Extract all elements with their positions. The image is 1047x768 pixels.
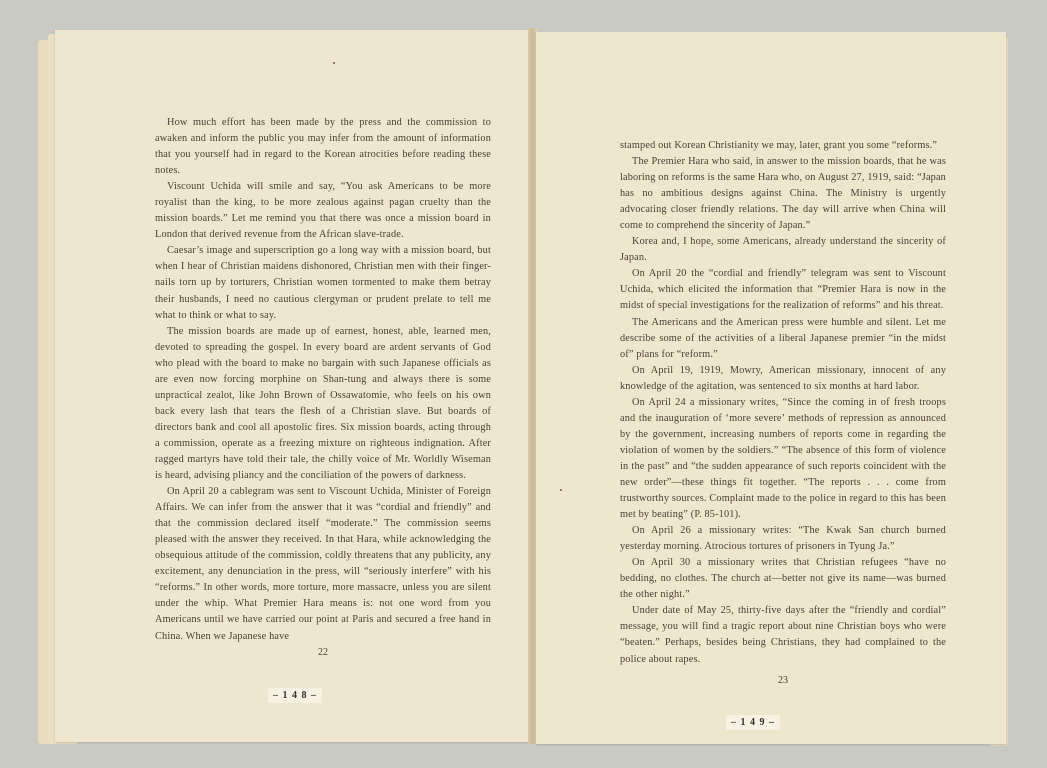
- left-page: How much effort has been made by the pre…: [55, 30, 532, 742]
- paragraph: How much effort has been made by the pre…: [155, 115, 491, 179]
- archive-page-stamp: – 1 4 8 –: [268, 688, 322, 703]
- left-page-body: How much effort has been made by the pre…: [155, 115, 491, 645]
- paragraph: Caesar’s image and superscription go a l…: [155, 243, 491, 323]
- paragraph: Korea and, I hope, some Americans, alrea…: [620, 234, 946, 266]
- paper-speck: [560, 489, 562, 491]
- paragraph: On April 30 a missionary writes that Chr…: [620, 555, 946, 603]
- page-number: 23: [620, 675, 946, 686]
- paragraph: The Americans and the American press wer…: [620, 315, 946, 363]
- paragraph: Under date of May 25, thirty-five days a…: [620, 603, 946, 667]
- right-page: stamped out Korean Christianity we may, …: [536, 32, 1006, 744]
- paragraph: On April 20 the “cordial and friendly” t…: [620, 266, 946, 314]
- page-number: 22: [155, 647, 491, 658]
- paragraph-continuation: stamped out Korean Christianity we may, …: [620, 138, 946, 154]
- paper-speck: [333, 62, 335, 64]
- paragraph: On April 24 a missionary writes, “Since …: [620, 395, 946, 523]
- archive-page-stamp: – 1 4 9 –: [726, 715, 780, 730]
- paragraph: On April 20 a cablegram was sent to Visc…: [155, 484, 491, 644]
- right-page-body: stamped out Korean Christianity we may, …: [620, 138, 946, 668]
- paragraph: On April 26 a missionary writes: “The Kw…: [620, 523, 946, 555]
- paragraph: The mission boards are made up of earnes…: [155, 324, 491, 484]
- paragraph: On April 19, 1919, Mowry, American missi…: [620, 363, 946, 395]
- paragraph: Viscount Uchida will smile and say, “You…: [155, 179, 491, 243]
- paragraph: The Premier Hara who said, in answer to …: [620, 154, 946, 234]
